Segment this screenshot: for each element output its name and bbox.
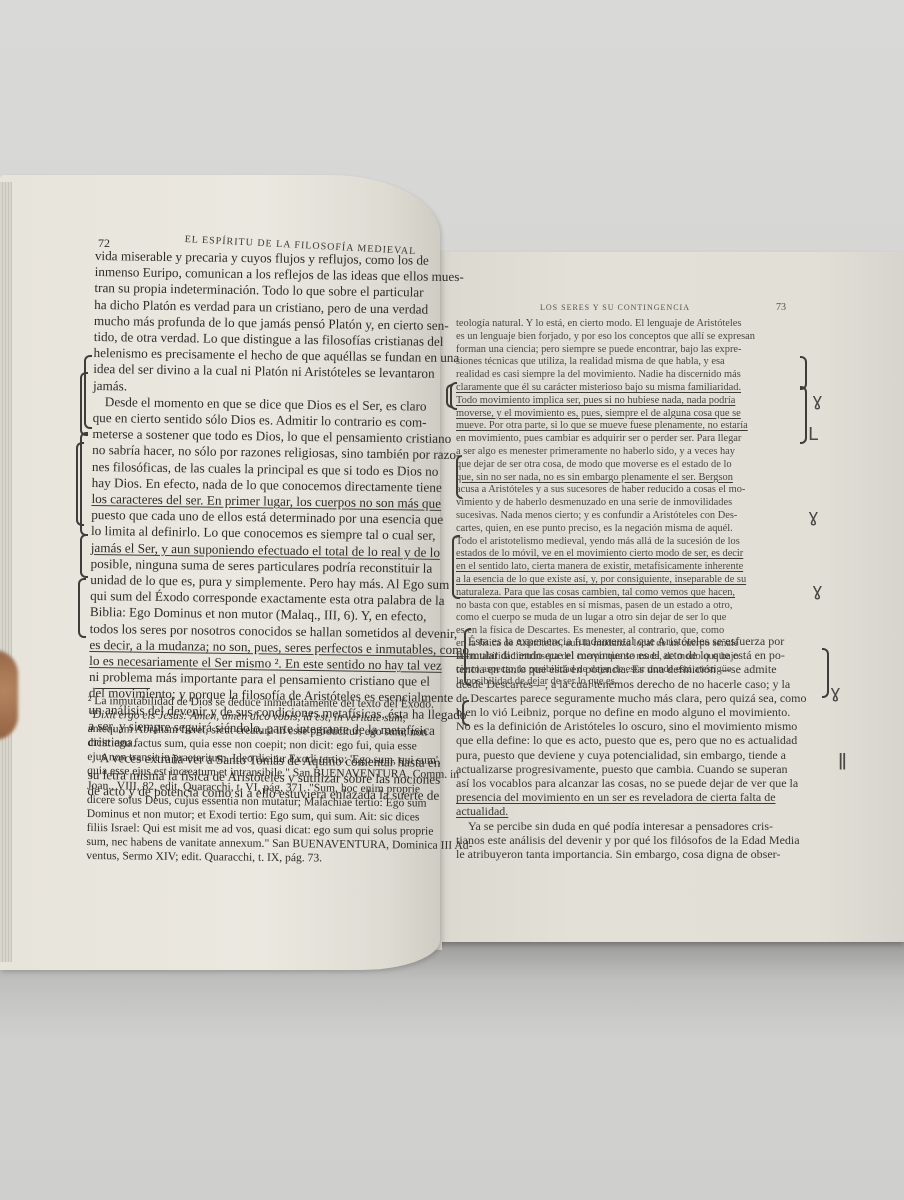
pencil-bracket	[462, 700, 469, 726]
text-line: le atribuyeron tanta importancia. Sin em…	[456, 847, 836, 861]
photo-scene: 72 EL ESPÍRITU DE LA FILOSOFÍA MEDIEVAL …	[0, 0, 904, 1200]
text-line-underlined: moverse, y el movimiento es, pues, siemp…	[456, 408, 836, 421]
right-running-head: LOS SERES Y SU CONTINGENCIA	[540, 303, 690, 312]
text-line: actualizarse progresivamente, puesto que…	[456, 762, 836, 776]
pencil-check-mark: ɣ	[808, 506, 819, 527]
pencil-check-mark: ɣ	[812, 390, 823, 411]
text-line: a ser algo es menester primeramente no h…	[456, 446, 836, 459]
text-line: vimiento y de haberlo desmenuzado en una…	[456, 497, 836, 510]
text-line: en movimiento, pues cambiar es adquirir …	[456, 433, 836, 446]
text-line: pura, puesto que deviene y cuya potencia…	[456, 748, 836, 762]
text-line-underlined: actualidad.	[456, 804, 836, 818]
text-line: de Descartes parece seguramente mucho má…	[456, 691, 836, 705]
text-line: desde Descartes—, a la cual tenemos dere…	[456, 677, 836, 691]
pencil-bracket	[800, 356, 807, 390]
footnote: ² La inmutabilidad de Dios se deduce inm…	[86, 694, 433, 867]
text-line: así los vocablos para alcanzar las cosas…	[456, 776, 836, 790]
text-line-underlined: claramente que él su carácter misterioso…	[456, 382, 836, 395]
text-line: tencia en tanto que está en potencia. Es…	[456, 662, 836, 676]
page-edges	[0, 182, 12, 962]
footnote-rule	[95, 688, 150, 689]
text-line: formular diciendo que el movimiento es e…	[456, 648, 836, 662]
pencil-bracket	[822, 648, 829, 698]
text-line: sucesivas. Nada menos cierto; y es confu…	[456, 510, 836, 523]
pencil-bracket	[80, 534, 88, 578]
text-line: que dejar de ser otra cosa, de modo que …	[456, 459, 836, 472]
text-line: es un lenguaje bien forjado, y por eso l…	[456, 331, 836, 344]
pencil-bracket	[452, 535, 460, 599]
pencil-bracket	[464, 628, 471, 686]
pencil-bracket	[80, 372, 88, 436]
text-line-underlined: presencia del movimiento en un ser es re…	[456, 790, 836, 804]
text-line-underlined: mueve. Por otra parte, si lo que se muev…	[456, 420, 836, 433]
text-line: acusa a Aristóteles y a sus sucesores de…	[456, 484, 836, 497]
pencil-bracket	[78, 578, 86, 638]
pencil-bracket	[800, 386, 807, 444]
text-line-underlined: a la esencia de lo que existe así, y, po…	[456, 574, 836, 587]
text-line: Ya se percibe sin duda en qué podía inte…	[456, 819, 836, 833]
right-body-text-2: Ésta es la experiencia fundamental que A…	[456, 634, 836, 861]
thumb	[0, 650, 18, 740]
text-line: no basta con que, estables en sí mismas,…	[456, 600, 836, 613]
pencil-check-mark: ɣ	[830, 682, 841, 703]
text-line: realidad es casi siempre la del movimien…	[456, 369, 836, 382]
text-line: bien lo vió Leibniz, porque no define en…	[456, 705, 836, 719]
text-line: que ella define: lo que es acto, puesto …	[456, 733, 836, 747]
text-line: teología natural. Y lo está, en cierto m…	[456, 318, 836, 331]
pencil-check-mark: ᒪ	[808, 424, 818, 445]
text-line: tianos este análisis del devenir y por q…	[456, 833, 836, 847]
text-line-underlined: Todo movimiento implica ser, pues si no …	[456, 395, 836, 408]
pencil-check-mark: ɣ	[812, 580, 823, 601]
text-line-underlined: que, sin no ser nada, no es sin embargo …	[456, 472, 836, 485]
text-line: cartes, quien, en ese punto preciso, es …	[456, 523, 836, 536]
pencil-check-mark: ǁ	[838, 750, 847, 771]
text-line-underlined: en el sentido lato, cierta manera de exi…	[456, 561, 836, 574]
text-line: siones técnicas que utiliza, la realidad…	[456, 356, 836, 369]
text-line: Ésta es la experiencia fundamental que A…	[456, 634, 836, 648]
text-line: forman una ciencia; pero siempre se pued…	[456, 344, 836, 357]
text-line-underlined: estados de lo móvil, ve en el movimiento…	[456, 548, 836, 561]
right-folio: 73	[776, 302, 786, 313]
text-line: Todo el aristotelismo medieval, yendo má…	[456, 536, 836, 549]
pencil-bracket	[446, 384, 453, 408]
text-line: como el cuerpo se muda de un lugar a otr…	[456, 612, 836, 625]
pencil-bracket	[76, 442, 84, 526]
text-line: No es la definición de Aristóteles lo os…	[456, 719, 836, 733]
text-line-underlined: naturaleza. Para que las cosas cambien, …	[456, 587, 836, 600]
pencil-bracket	[456, 455, 462, 499]
